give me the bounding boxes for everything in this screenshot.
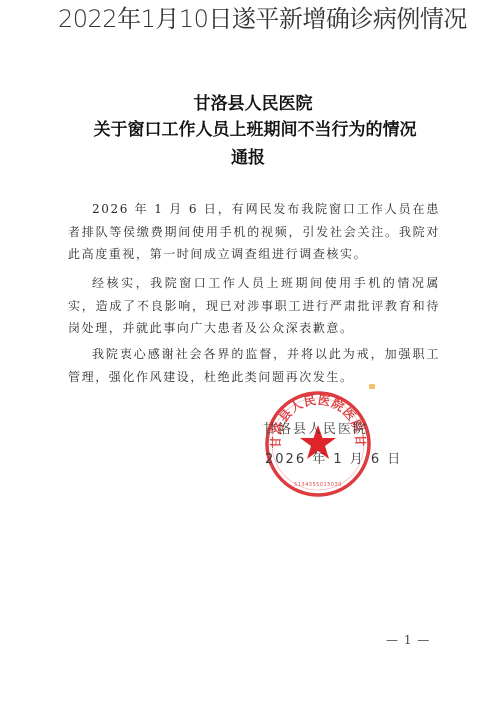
paragraph-text: 2026 年 1 月 6 日，有网民发布我院窗口工作人员在患者排队等侯缴费期间使…	[68, 198, 440, 266]
paragraph-text: 我院衷心感谢社会各界的监督，并将以此为戒，加强职工管理，强化作风建设，杜绝此类问…	[68, 343, 440, 388]
official-seal: 甘洛县人民医院医院甘洛 5134355015030	[263, 389, 373, 499]
document-issuer: 甘洛县人民医院	[3, 91, 500, 118]
page-number: — 1 —	[386, 633, 430, 647]
seal-icon: 甘洛县人民医院医院甘洛 5134355015030	[263, 389, 373, 499]
signature-organization: 甘洛县人民医院	[263, 418, 368, 437]
document-paragraph-2: 经核实，我院窗口工作人员上班期间使用手机的情况属实，造成了不良影响，现已对涉事职…	[68, 272, 440, 340]
document-title-suffix: 通报	[0, 145, 498, 172]
document-title: 关于窗口工作人员上班期间不当行为的情况	[5, 117, 500, 144]
svg-text:5134355015030: 5134355015030	[294, 482, 342, 488]
paragraph-text: 经核实，我院窗口工作人员上班期间使用手机的情况属实，造成了不良影响，现已对涉事职…	[68, 272, 440, 340]
overlay-headline: 2022年1月10日遂平新增确诊病例情况	[58, 2, 500, 36]
document-paragraph-1: 2026 年 1 月 6 日，有网民发布我院窗口工作人员在患者排队等侯缴费期间使…	[68, 198, 440, 266]
signature-date: 2026 年 1 月 6 日	[265, 448, 402, 467]
document-paragraph-3: 我院衷心感谢社会各界的监督，并将以此为戒，加强职工管理，强化作风建设，杜绝此类问…	[68, 343, 440, 388]
